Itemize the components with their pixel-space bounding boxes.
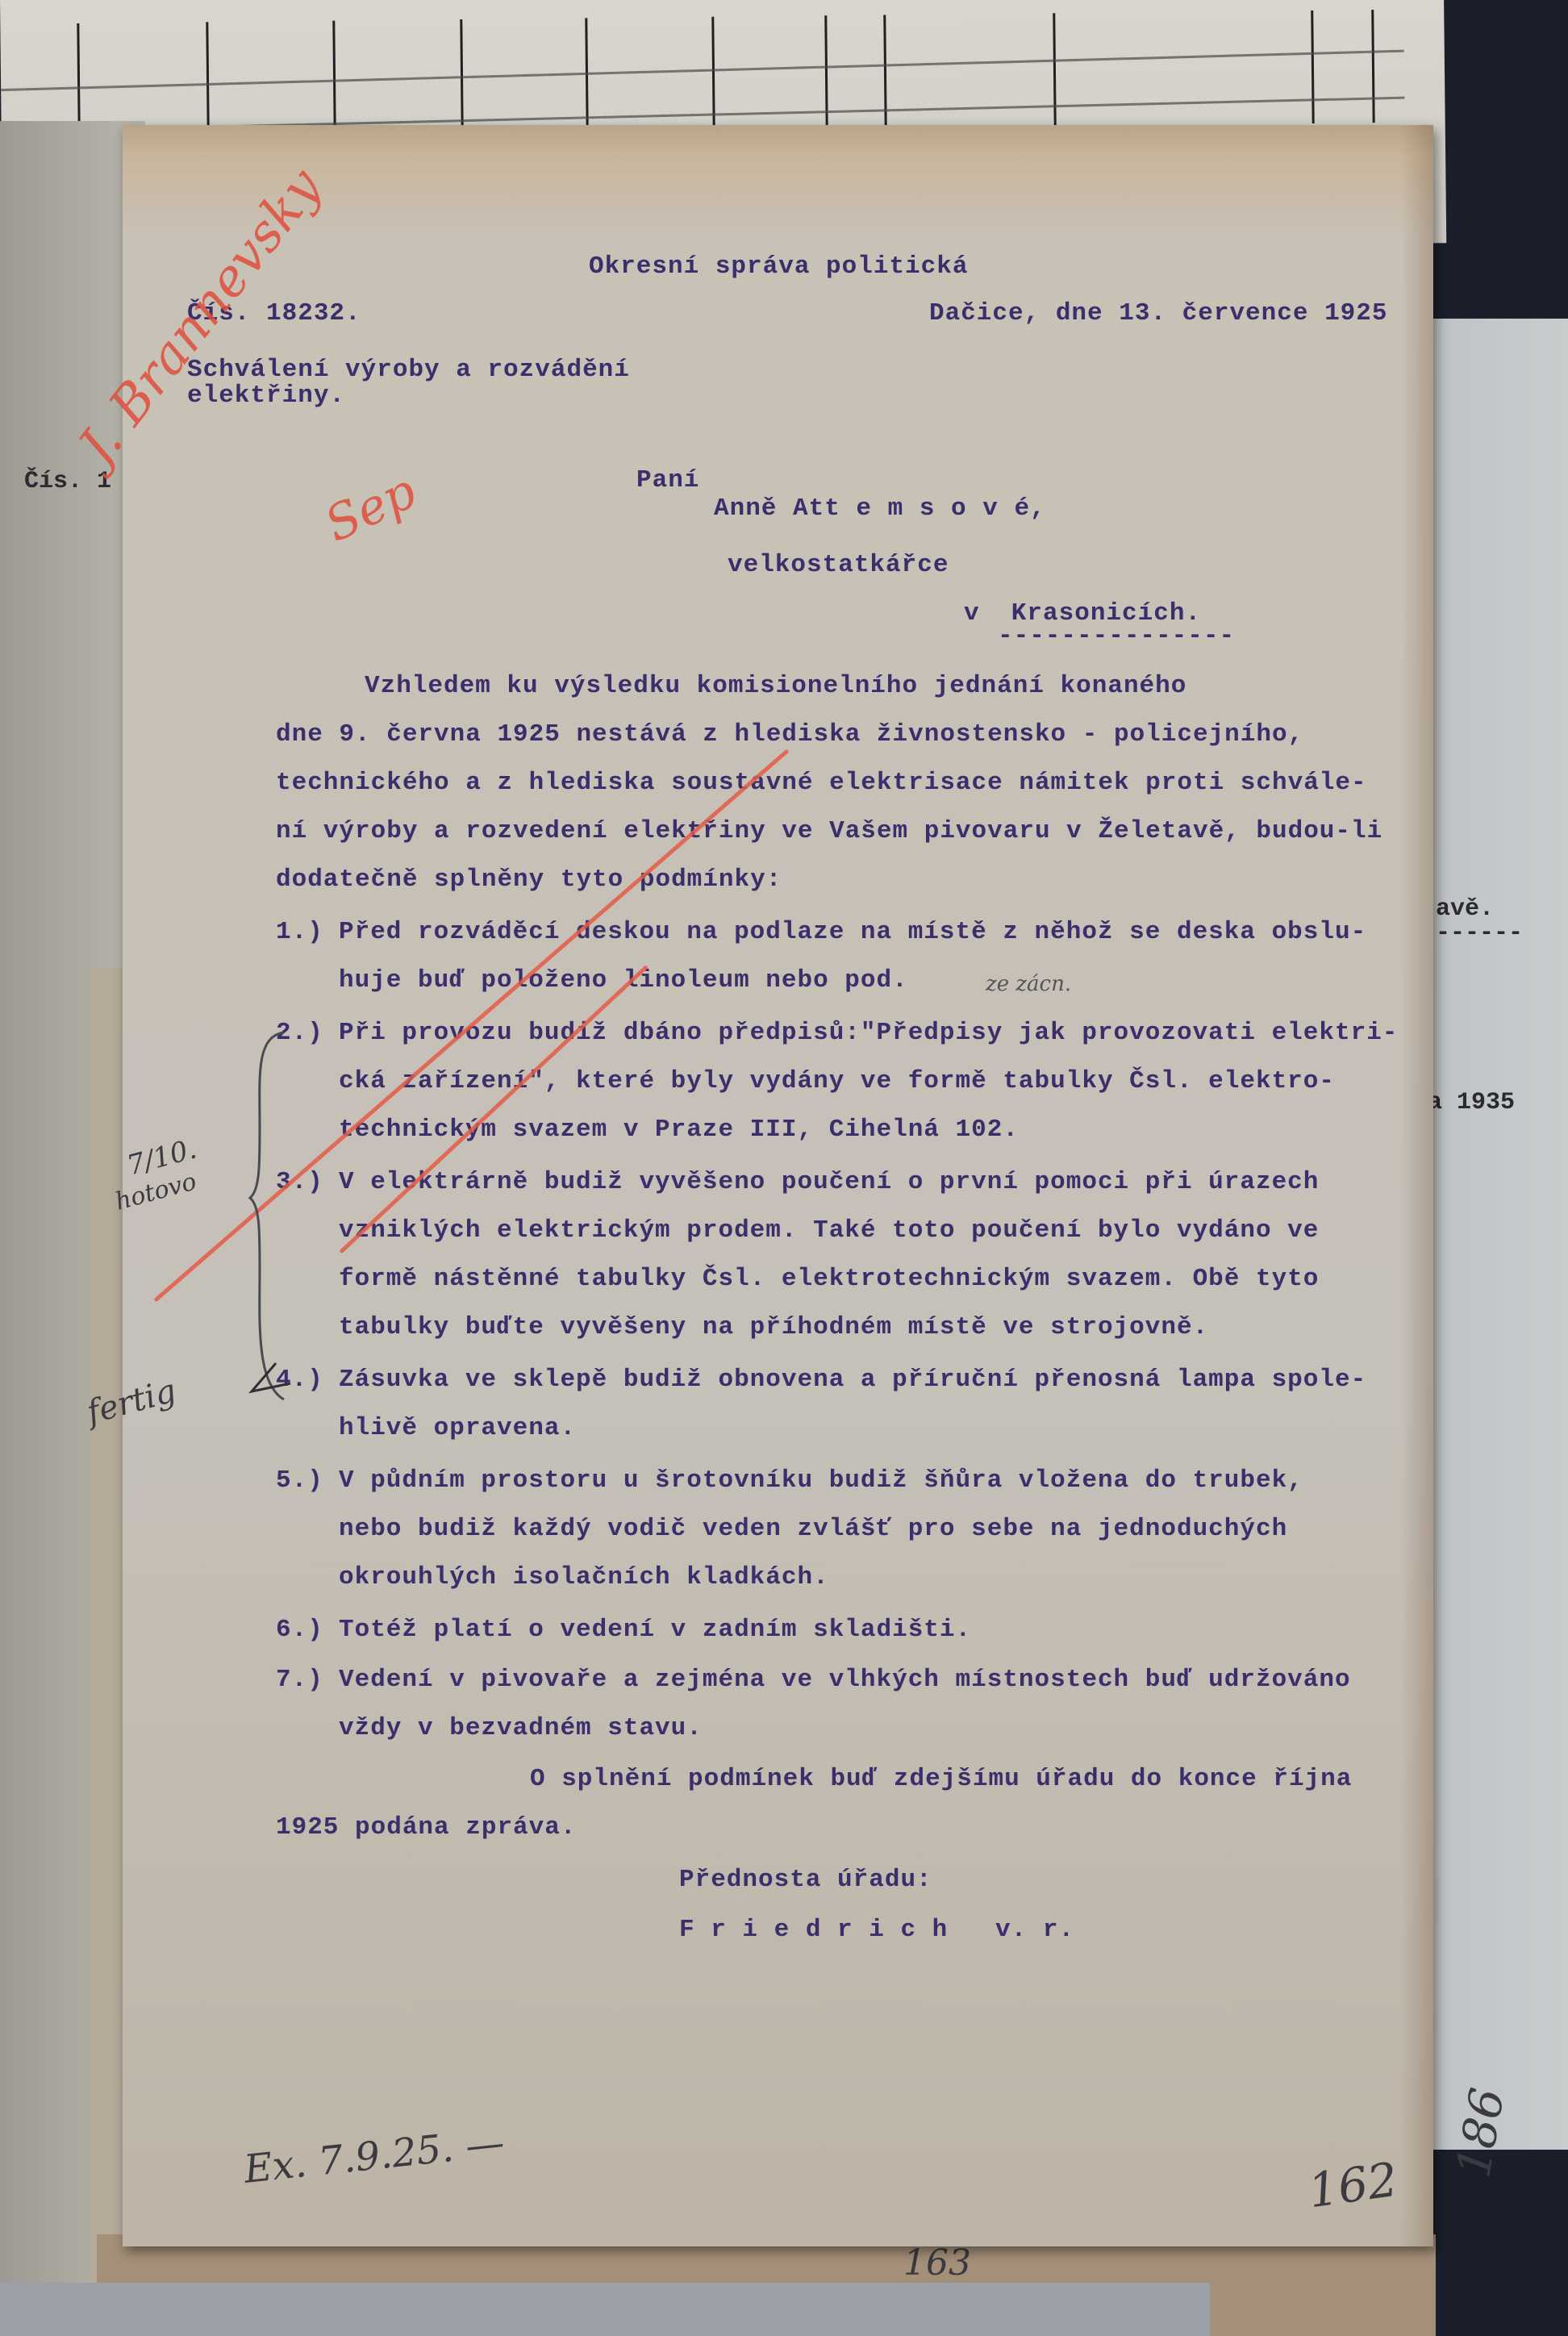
background-sheet-bottom-grey [0, 2283, 1210, 2336]
intro-line: Vzhledem ku výsledku komisionelního jedn… [365, 674, 1186, 699]
ledger-rule [206, 22, 209, 135]
addressee-salutation: Paní [636, 468, 699, 493]
addressee-name: Anně Att e m s o v é, [714, 496, 1046, 521]
condition-line: technickým svazem v Praze III, Cihelná 1… [339, 1117, 1019, 1142]
condition-line: Totéž platí o vedení v zadním skladišti. [339, 1617, 971, 1642]
ledger-rule [1053, 13, 1056, 126]
condition-line: vždy v bezvadném stavu. [339, 1716, 703, 1741]
intro-line: dodatečně splněny tyto podmínky: [276, 867, 782, 892]
main-document: Okresní správa politická Čís. 18232. Dač… [123, 125, 1433, 2246]
place-and-date: Dačice, dne 13. července 1925 [929, 301, 1388, 326]
condition-line: V elektrárně budiž vyvěšeno poučení o pr… [339, 1170, 1319, 1195]
condition-line: tabulky buďte vyvěšeny na příhodném míst… [339, 1315, 1208, 1340]
condition-line: vzniklých elektrickým prodem. Také toto … [339, 1218, 1319, 1243]
condition-line: Zásuvka ve sklepě budiž obnovena a příru… [339, 1367, 1366, 1392]
addressee-title: velkostatkářce [728, 553, 949, 578]
ledger-rule [332, 21, 336, 134]
intro-line: technického a z hlediska soustavné elekt… [276, 770, 1367, 795]
condition-number: 5.) [276, 1468, 323, 1493]
condition-line: nebo budiž každý vodič veden zvlášť pro … [339, 1516, 1287, 1541]
ledger-rule [1371, 10, 1374, 123]
subject-line-1: Schválení výroby a rozvádění [187, 357, 630, 382]
condition-line: okrouhlých isolačních kladkách. [339, 1565, 829, 1590]
condition-line: hlivě opravena. [339, 1416, 576, 1441]
pencil-note-item-1: ze zácn. [986, 972, 1071, 996]
peek-text-left: Čís. 1 [24, 468, 111, 495]
condition-number: 7.) [276, 1667, 323, 1692]
signature-role: Přednosta úřadu: [679, 1867, 932, 1892]
intro-line: ní výroby a rozvedení elektřiny ve Vašem… [276, 819, 1382, 844]
condition-line: V půdním prostoru u šrotovníku budiž šňů… [339, 1468, 1303, 1493]
right-sheet-number: 186 [1445, 2084, 1515, 2182]
condition-line: Při provozu budiž dbáno předpisů:"Předpi… [339, 1020, 1398, 1045]
condition-line: Vedení v pivovaře a zejména ve vlhkých m… [339, 1667, 1351, 1692]
condition-line: formě nástěnné tabulky Čsl. elektrotechn… [339, 1266, 1319, 1291]
background-sheet-right: avě. ------ a 1935 186 [1420, 319, 1568, 2150]
condition-number: 6.) [276, 1617, 323, 1642]
peek-text-right-2: a 1935 [1428, 1089, 1515, 1116]
closing-line-2: 1925 podána zpráva. [276, 1815, 576, 1840]
subject-line-2: elektřiny. [187, 383, 345, 408]
peek-text-right-1: avě. [1436, 895, 1494, 923]
under-sheet-number: 163 [903, 2242, 971, 2284]
check-mark-icon [244, 1359, 292, 1400]
curly-brace-icon [236, 1028, 300, 1408]
peek-text-right-underline: ------ [1436, 920, 1523, 947]
red-pencil-initials: Sep [317, 463, 425, 553]
ledger-rule [1311, 10, 1314, 123]
office-heading: Okresní správa politická [589, 254, 968, 279]
ledger-line [1, 50, 1403, 92]
ledger-rule [77, 23, 80, 136]
closing-line-1: O splnění podmínek buď zdejšímu úřadu do… [530, 1767, 1352, 1792]
folio-number: 162 [1305, 2152, 1401, 2219]
expedition-note: Ex. 7.9.25. — [242, 2120, 507, 2192]
addressee-underline: --------------- [998, 624, 1235, 649]
signature-name: F r i e d r i c h v. r. [679, 1917, 1074, 1942]
condition-line: cká zařízení", které byly vydány ve form… [339, 1069, 1335, 1094]
condition-number: 1.) [276, 920, 323, 945]
condition-line: Před rozváděcí deskou na podlaze na míst… [339, 920, 1366, 945]
intro-line: dne 9. června 1925 nestává z hlediska ži… [276, 722, 1303, 747]
